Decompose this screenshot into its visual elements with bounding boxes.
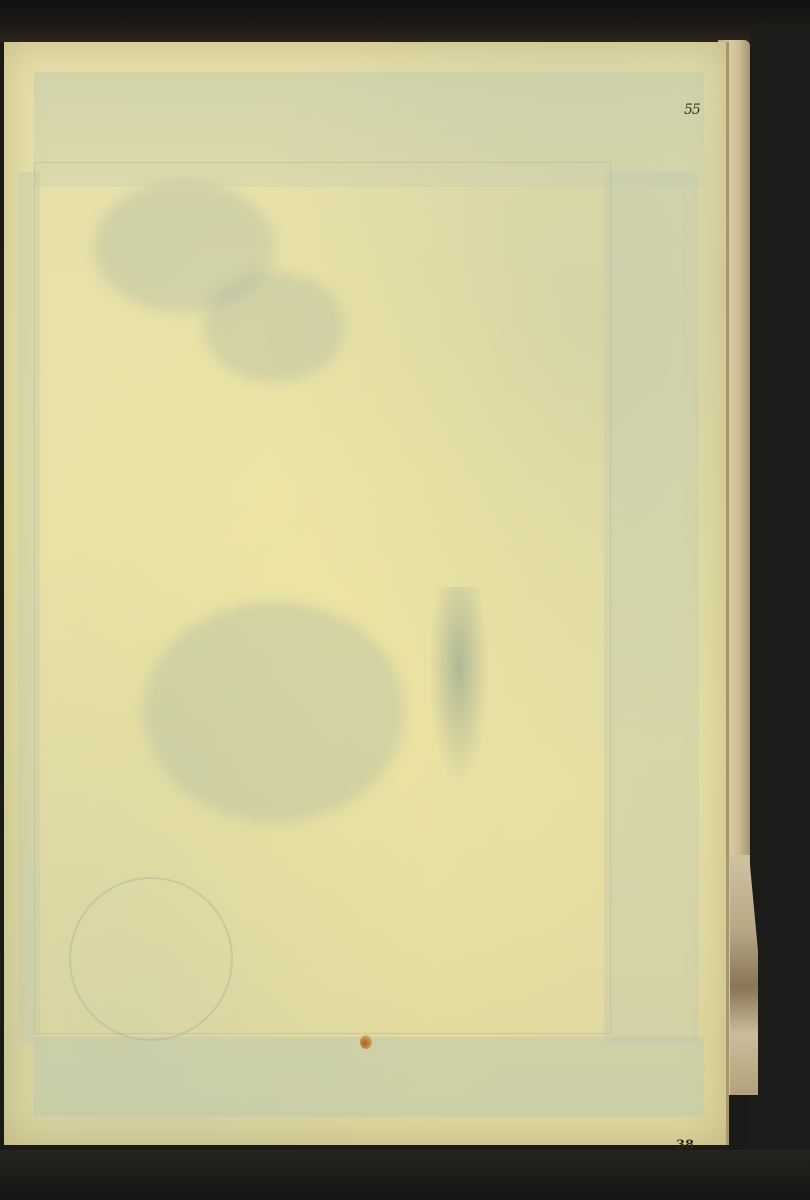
rust-stain (360, 1035, 372, 1049)
dark-background-bottom (0, 1150, 810, 1200)
folio-number-bottom: 38 (676, 1138, 694, 1153)
show-through-right-band (604, 172, 699, 1042)
vellum-page: 55 38 (4, 42, 729, 1145)
folio-number-top: 55 (684, 102, 700, 118)
show-through-figure (429, 587, 489, 787)
show-through-circle (69, 877, 233, 1041)
dark-background-right (750, 30, 810, 1160)
show-through-shape (144, 602, 404, 822)
dark-background-top (0, 0, 810, 42)
show-through-bottom-band (34, 1037, 704, 1117)
show-through-foliage (204, 272, 344, 382)
